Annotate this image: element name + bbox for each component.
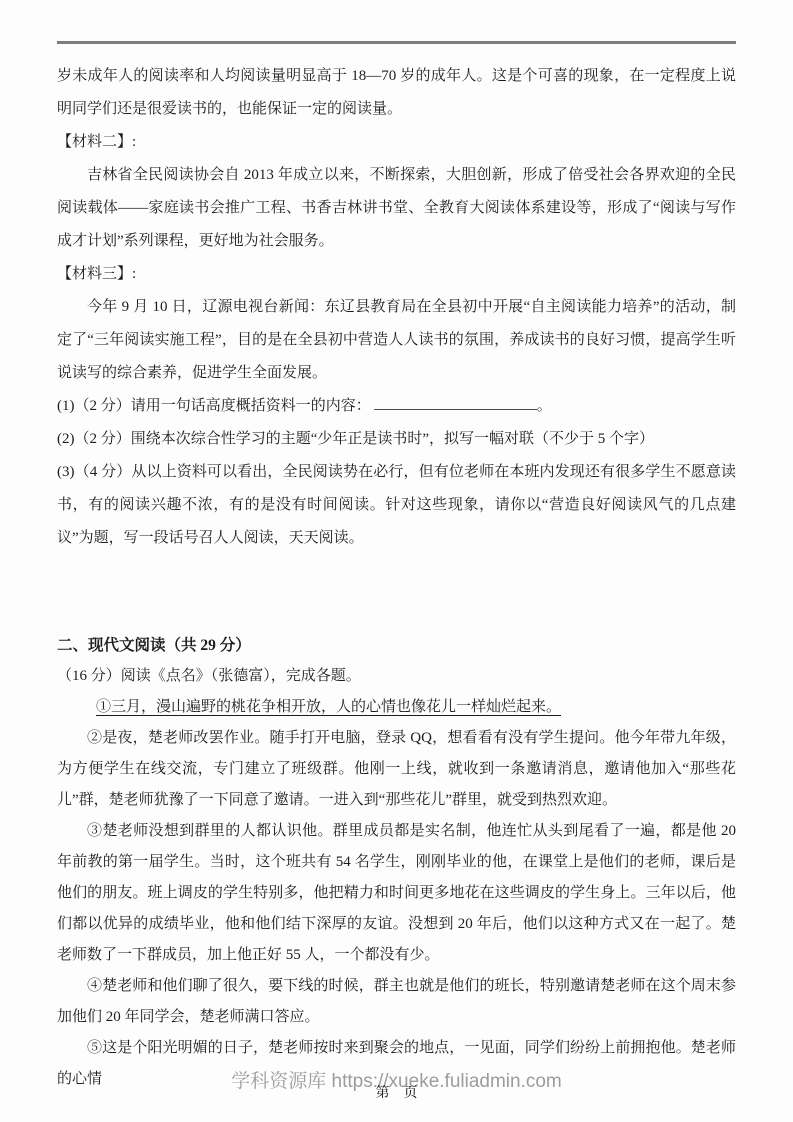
section-2-intro: （16 分）阅读《点名》（张德富），完成各题。 [57,661,736,692]
material-3-text: 今年 9 月 10 日，辽源电视台新闻：东辽县教育局在全县初中开展“自主阅读能力… [57,291,736,390]
section-2-heading: 二、现代文阅读（共 29 分） [57,630,736,661]
material-3-label: 【材料三】: [57,258,736,291]
page-number-label: 第 页 [376,1082,418,1102]
paragraph-continuation: 岁未成年人的阅读率和人均阅读量明显高于 18—70 岁的成年人。这是个可喜的现象… [57,60,736,126]
question-1: (1)（2 分）请用一句话高度概括资料一的内容：。 [57,390,736,423]
exam-page: 岁未成年人的阅读率和人均阅读量明显高于 18—70 岁的成年人。这是个可喜的现象… [0,0,793,1122]
story-paragraph-2: ②是夜，楚老师改罢作业。随手打开电脑，登录 QQ，想看看有没有学生提问。他今年带… [57,723,736,816]
question-1-answer-blank [374,395,537,410]
story-paragraph-3: ③楚老师没想到群里的人都认识他。群里成员都是实名制，他连忙从头到尾看了一遍，都是… [57,816,736,971]
question-1-text: (1)（2 分）请用一句话高度概括资料一的内容： [57,398,371,414]
page-content: 岁未成年人的阅读率和人均阅读量明显高于 18—70 岁的成年人。这是个可喜的现象… [57,60,736,1095]
question-3: (3)（4 分）从以上资料可以看出，全民阅读势在必行，但有位老师在本班内发现还有… [57,456,736,555]
material-2-label: 【材料二】: [57,126,736,159]
story-paragraph-4: ④楚老师和他们聊了很久，要下线的时候，群主也就是他们的班长，特别邀请楚老师在这个… [57,971,736,1033]
story-paragraph-1: ①三月，漫山遍野的桃花争相开放，人的心情也像花儿一样灿烂起来。 [57,692,736,723]
section-2: 二、现代文阅读（共 29 分） （16 分）阅读《点名》（张德富），完成各题。 … [57,630,736,1095]
header-rule [57,41,736,44]
question-1-period: 。 [537,398,552,414]
question-2: (2)（2 分）围绕本次综合性学习的主题“少年正是读书时”，拟写一幅对联（不少于… [57,423,736,456]
material-2-text: 吉林省全民阅读协会自 2013 年成立以来，不断探索，大胆创新，形成了倍受社会各… [57,159,736,258]
